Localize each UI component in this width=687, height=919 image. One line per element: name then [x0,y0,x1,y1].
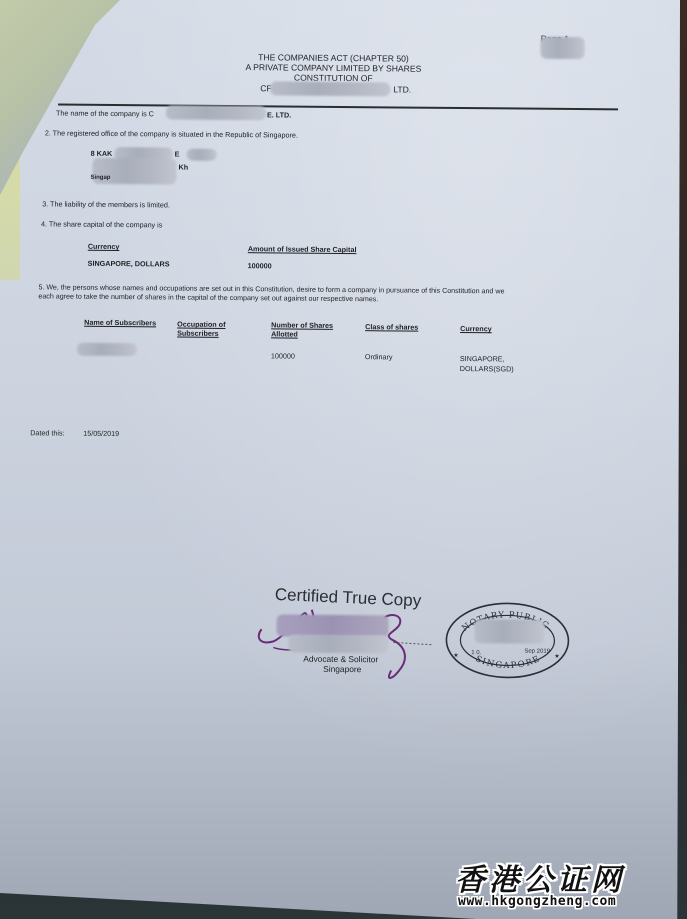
watermark-chinese: 香港公证网 [455,855,625,899]
subscribers-header-shares: Number of Shares [271,321,333,329]
dated-value: 15/05/2019 [83,430,119,438]
svg-text:★: ★ [554,653,559,660]
watermark-url: www.hkgongzheng.com [458,894,616,909]
subscribers-header-occupation-2: Subscribers [177,330,219,338]
clause-1-text: The name of the company is C [56,109,154,117]
clause-4-text: 4. The share capital of the company is [41,220,162,228]
stamp-bottom-text: SINGAPORE [474,653,543,671]
redaction-company-name [270,81,390,96]
certification-role: Advocate & Solicitor [303,655,378,664]
svg-text:SINGAPORE: SINGAPORE [474,653,543,671]
redaction-signatory-name-2 [288,635,388,654]
subscribers-header-occupation: Occupation of [177,321,225,329]
share-capital-amount: 100000 [248,262,272,269]
subscribers-header-currency: Currency [460,325,492,332]
clause-3-text: 3. The liability of the members is limit… [42,200,170,208]
address-line-1: 8 KAK [91,150,113,157]
redaction-page-number [541,37,585,59]
address-line-1-end: E [175,151,180,158]
share-capital-header-amount: Amount of Issued Share Capital [248,245,357,253]
svg-text:1 0.: 1 0. [471,650,481,656]
svg-text:Sep 2019: Sep 2019 [524,649,550,655]
clause-2-text: 2. The registered office of the company … [45,129,298,138]
redaction-stamp-name [474,619,544,644]
subscribers-header-class: Class of shares [365,323,418,331]
dated-label: Dated this: [30,429,64,437]
document-content: Page 1 THE COMPANIES ACT (CHAPTER 50) A … [0,0,687,919]
subscriber-class: Ordinary [365,353,393,360]
subscriber-currency-1: SINGAPORE, [460,355,505,363]
redaction-address-1b [187,149,217,161]
certification-location: Singapore [323,665,361,674]
clause-1-suffix: E. LTD. [267,111,291,118]
subscriber-currency-2: DOLLARS(SGD) [460,365,514,373]
clause-5-line-2: each agree to take the number of shares … [38,293,378,303]
subscriber-shares: 100000 [271,352,295,359]
address-line-2-end: Kh [179,164,189,171]
redaction-clause-1 [166,105,266,120]
redaction-subscriber-name [77,343,137,357]
svg-text:★: ★ [453,652,458,659]
share-capital-header-currency: Currency [88,243,120,250]
address-line-3: Singap [90,175,110,181]
subscribers-header-name: Name of Subscribers [84,319,156,327]
subscribers-header-shares-2: Allotted [271,330,298,337]
share-capital-currency: SINGAPORE, DOLLARS [88,260,170,268]
company-name-suffix: LTD. [393,85,411,94]
